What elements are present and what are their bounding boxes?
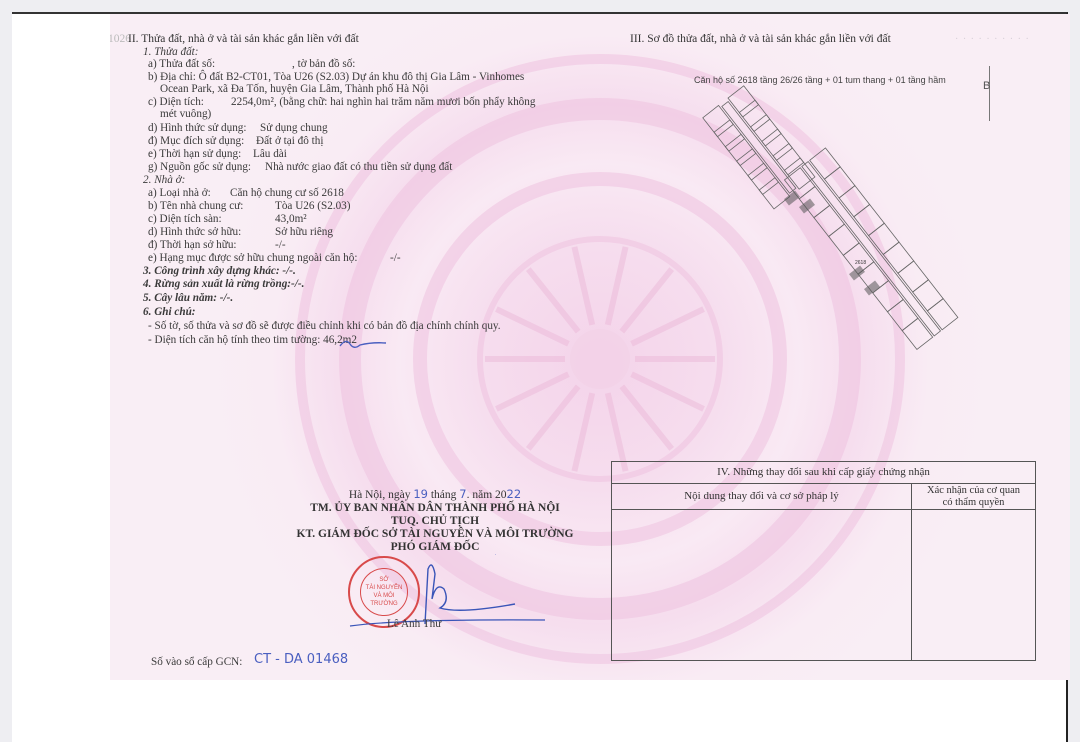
issue-month: 7 xyxy=(459,487,466,501)
issue-date: Hà Nội, ngày 19 tháng 7. năm 2022 xyxy=(275,488,595,502)
registry-number: CT - DA 01468 xyxy=(254,654,348,667)
land-use-term-label: e) Thời hạn sử dụng: xyxy=(148,148,241,161)
land-plot-number-label: a) Thửa đất số: xyxy=(148,58,215,71)
changes-content-cell xyxy=(612,510,912,660)
floor-area-value: 43,0m² xyxy=(275,213,307,226)
land-area-label: c) Diện tích: xyxy=(148,96,204,109)
registry-label: Số vào sổ cấp GCN: xyxy=(151,656,242,669)
floor-plan-diagram: 2618 xyxy=(685,84,965,404)
ownership-term-label: đ) Thời hạn sở hữu: xyxy=(148,239,237,252)
authority-line-4: PHÓ GIÁM ĐỐC xyxy=(275,541,595,554)
signature-scribble xyxy=(340,554,550,634)
land-address-line1: b) Địa chỉ: Ô đất B2-CT01, Tòa U26 (S2.0… xyxy=(148,71,524,84)
house-type-value: Căn hộ chung cư số 2618 xyxy=(230,187,344,200)
authority-line-1: TM. ỦY BAN NHÂN DÂN THÀNH PHỐ HÀ NỘI xyxy=(275,502,595,515)
shared-items-value: -/- xyxy=(390,252,401,265)
changes-table-title: IV. Những thay đổi sau khi cấp giấy chứn… xyxy=(612,462,1035,484)
land-use-purpose-value: Đất ở tại đô thị xyxy=(256,135,323,148)
authority-line-2: TUQ. CHỦ TỊCH xyxy=(275,515,595,528)
house-heading: 2. Nhà ở: xyxy=(143,174,185,187)
house-type-label: a) Loại nhà ở: xyxy=(148,187,211,200)
changes-table: IV. Những thay đổi sau khi cấp giấy chứn… xyxy=(611,461,1036,661)
ghost-header-text: · · · · · · · · · · xyxy=(955,34,1030,45)
land-use-form-value: Sử dụng chung xyxy=(260,122,328,135)
land-origin-value: Nhà nước giao đất có thu tiền sử dụng đấ… xyxy=(265,161,452,174)
ownership-form-label: d) Hình thức sở hữu: xyxy=(148,226,241,239)
note-line-1: - Số tờ, số thửa và sơ đồ sẽ được điều c… xyxy=(148,320,501,333)
land-heading: 1. Thửa đất: xyxy=(143,46,199,59)
shared-items-label: e) Hạng mục được sở hữu chung ngoài căn … xyxy=(148,252,357,265)
changes-col-confirmation: Xác nhận của cơ quan có thẩm quyền xyxy=(912,484,1035,509)
signature-block: Hà Nội, ngày 19 tháng 7. năm 2022 TM. ỦY… xyxy=(275,488,595,554)
changes-table-body xyxy=(612,510,1035,660)
note-line-2: - Diện tích căn hộ tính theo tim tường: … xyxy=(148,334,357,347)
signer-name: Lê Anh Thư xyxy=(387,618,441,631)
handwritten-mark xyxy=(338,336,388,350)
land-address-line2: Ocean Park, xã Đa Tốn, huyện Gia Lâm, Th… xyxy=(160,83,429,96)
land-map-sheet-label: , tờ bản đồ số: xyxy=(292,58,355,71)
north-arrow-line xyxy=(989,66,990,121)
authority-line-3: KT. GIÁM ĐỐC SỞ TÀI NGUYÊN VÀ MÔI TRƯỜNG xyxy=(275,528,595,541)
land-use-purpose-label: đ) Mục đích sử dụng: xyxy=(148,135,244,148)
ownership-term-value: -/- xyxy=(275,239,286,252)
issue-day: 19 xyxy=(413,487,428,501)
changes-table-header: Nội dung thay đổi và cơ sở pháp lý Xác n… xyxy=(612,484,1035,510)
certificate-sheet: · · · · · · · · · · 1026 II. Thửa đất, n… xyxy=(110,14,1070,680)
perennial-trees: 5. Cây lâu năm: -/-. xyxy=(143,292,233,305)
other-construction: 3. Công trình xây dựng khác: -/-. xyxy=(143,265,296,278)
building-name-label: b) Tên nhà chung cư: xyxy=(148,200,243,213)
land-origin-label: g) Nguồn gốc sử dụng: xyxy=(148,161,251,174)
production-forest: 4. Rừng sản xuất là rừng trồng:-/-. xyxy=(143,278,304,291)
changes-col-content: Nội dung thay đổi và cơ sở pháp lý xyxy=(612,484,912,509)
floor-area-label: c) Diện tích sàn: xyxy=(148,213,222,226)
section2-title: II. Thửa đất, nhà ở và tài sản khác gắn … xyxy=(128,33,359,46)
building-name-value: Tòa U26 (S2.03) xyxy=(275,200,351,213)
svg-text:2618: 2618 xyxy=(855,260,866,266)
issue-year: 22 xyxy=(507,487,522,501)
section3-title: III. Sơ đồ thửa đất, nhà ở và tài sản kh… xyxy=(630,33,891,46)
land-use-term-value: Lâu dài xyxy=(253,148,287,161)
north-label: B xyxy=(983,80,990,92)
ownership-form-value: Sở hữu riêng xyxy=(275,226,333,239)
land-use-form-label: d) Hình thức sử dụng: xyxy=(148,122,247,135)
land-area-value: 2254,0m², (bằng chữ: hai nghìn hai trăm … xyxy=(231,96,535,109)
land-area-line2: mét vuông) xyxy=(160,108,211,121)
notes-heading: 6. Ghi chú: xyxy=(143,306,196,319)
